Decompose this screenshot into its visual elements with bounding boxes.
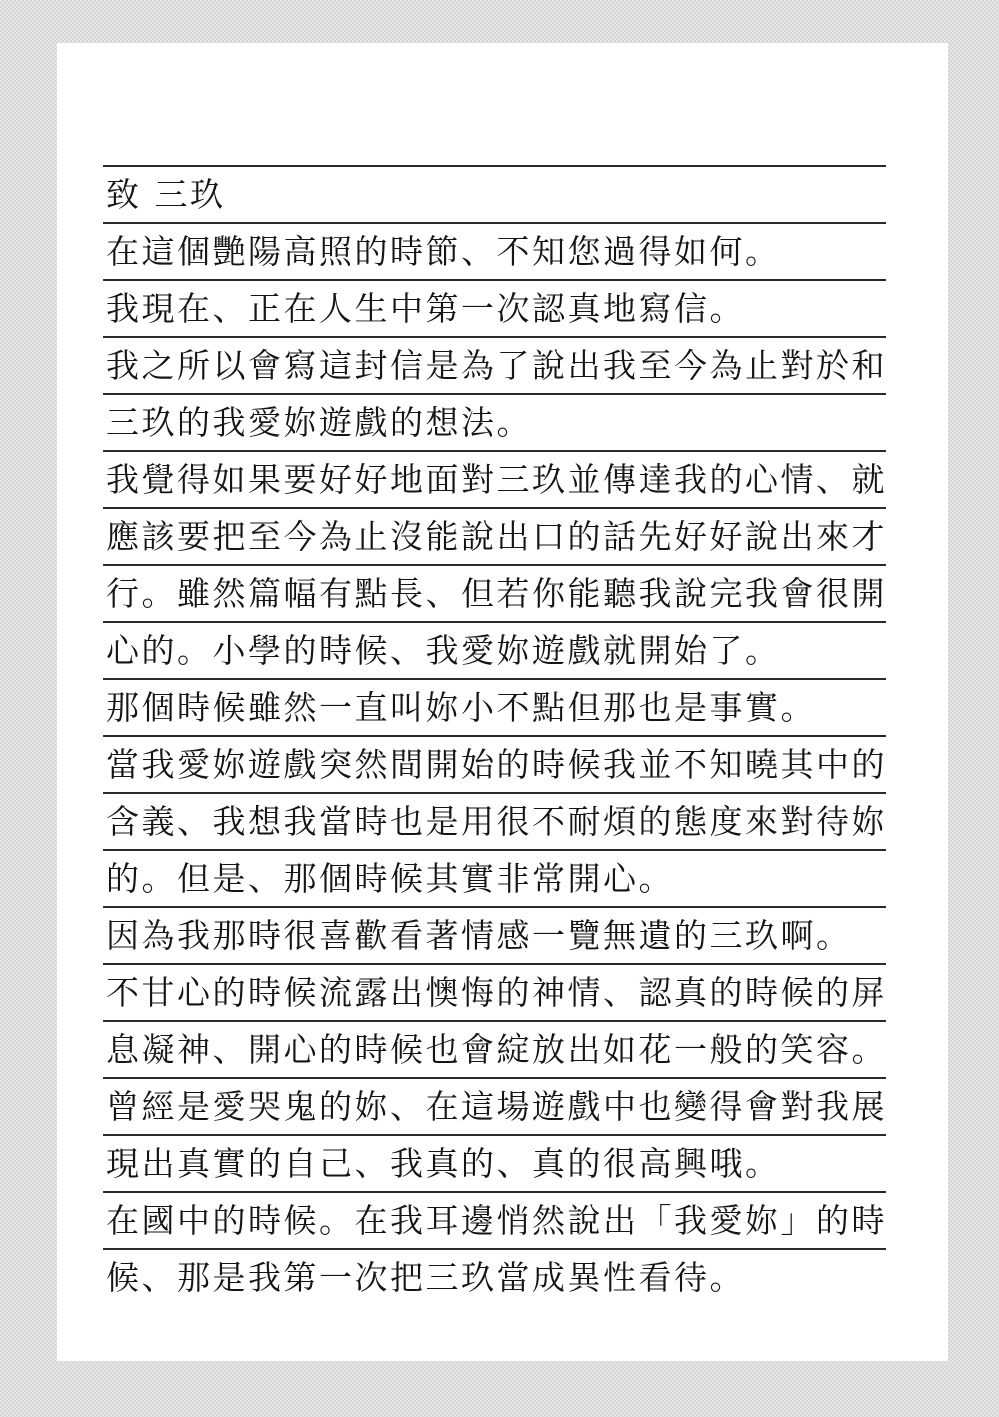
letter-line-text: 曾經是愛哭鬼的妳、在這場遊戲中也變得會對我展 (103, 1079, 886, 1134)
ruled-lines-area: 致 三玖 在這個艷陽高照的時節、不知您過得如何。 我現在、正在人生中第一次認真地… (103, 165, 886, 1305)
letter-line-row: 在這個艷陽高照的時節、不知您過得如何。 (103, 222, 886, 279)
letter-line-text: 在國中的時候。在我耳邊悄然說出「我愛妳」的時 (103, 1193, 886, 1248)
letter-line-row: 我現在、正在人生中第一次認真地寫信。 (103, 279, 886, 336)
letter-line-text: 應該要把至今為止沒能說出口的話先好好說出來才 (103, 509, 886, 564)
letter-line-text: 我之所以會寫這封信是為了說出我至今為止對於和 (103, 338, 886, 393)
letter-line-row: 現出真實的自己、我真的、真的很高興哦。 (103, 1134, 886, 1191)
letter-line-row: 致 三玖 (103, 165, 886, 222)
letter-line-row: 候、那是我第一次把三玖當成異性看待。 (103, 1248, 886, 1305)
letter-line-row: 我之所以會寫這封信是為了說出我至今為止對於和 (103, 336, 886, 393)
letter-line-row: 的。但是、那個時候其實非常開心。 (103, 849, 886, 906)
letter-line-text: 那個時候雖然一直叫妳小不點但那也是事實。 (103, 680, 886, 735)
letter-line-text: 不甘心的時候流露出懊悔的神情、認真的時候的屏 (103, 965, 886, 1020)
letter-line-text: 現出真實的自己、我真的、真的很高興哦。 (103, 1136, 886, 1191)
letter-line-row: 含義、我想我當時也是用很不耐煩的態度來對待妳 (103, 792, 886, 849)
letter-line-text: 心的。小學的時候、我愛妳遊戲就開始了。 (103, 623, 886, 678)
letter-line-text: 行。雖然篇幅有點長、但若你能聽我說完我會很開 (103, 566, 886, 621)
letter-line-text: 我現在、正在人生中第一次認真地寫信。 (103, 281, 886, 336)
letter-line-row: 當我愛妳遊戲突然間開始的時候我並不知曉其中的 (103, 735, 886, 792)
letter-line-text: 我覺得如果要好好地面對三玖並傳達我的心情、就 (103, 452, 886, 507)
letter-line-row: 我覺得如果要好好地面對三玖並傳達我的心情、就 (103, 450, 886, 507)
letter-line-row: 息凝神、開心的時候也會綻放出如花一般的笑容。 (103, 1020, 886, 1077)
letter-line-text: 候、那是我第一次把三玖當成異性看待。 (103, 1250, 886, 1305)
letter-line-row: 因為我那時很喜歡看著情感一覽無遺的三玖啊。 (103, 906, 886, 963)
page-background: 致 三玖 在這個艷陽高照的時節、不知您過得如何。 我現在、正在人生中第一次認真地… (0, 0, 999, 1417)
letter-line-row: 不甘心的時候流露出懊悔的神情、認真的時候的屏 (103, 963, 886, 1020)
letter-salutation: 致 三玖 (103, 167, 886, 222)
letter-line-row: 應該要把至今為止沒能說出口的話先好好說出來才 (103, 507, 886, 564)
letter-line-row: 行。雖然篇幅有點長、但若你能聽我說完我會很開 (103, 564, 886, 621)
letter-line-row: 那個時候雖然一直叫妳小不點但那也是事實。 (103, 678, 886, 735)
letter-line-text: 三玖的我愛妳遊戲的想法。 (103, 395, 886, 450)
letter-line-text: 在這個艷陽高照的時節、不知您過得如何。 (103, 224, 886, 279)
letter-line-text: 息凝神、開心的時候也會綻放出如花一般的笑容。 (103, 1022, 886, 1077)
letter-line-text: 因為我那時很喜歡看著情感一覽無遺的三玖啊。 (103, 908, 886, 963)
letter-line-row: 三玖的我愛妳遊戲的想法。 (103, 393, 886, 450)
letter-line-text: 含義、我想我當時也是用很不耐煩的態度來對待妳 (103, 794, 886, 849)
letter-line-text: 的。但是、那個時候其實非常開心。 (103, 851, 886, 906)
letter-line-row: 心的。小學的時候、我愛妳遊戲就開始了。 (103, 621, 886, 678)
letter-line-row: 曾經是愛哭鬼的妳、在這場遊戲中也變得會對我展 (103, 1077, 886, 1134)
letter-paper: 致 三玖 在這個艷陽高照的時節、不知您過得如何。 我現在、正在人生中第一次認真地… (57, 43, 948, 1361)
letter-line-row: 在國中的時候。在我耳邊悄然說出「我愛妳」的時 (103, 1191, 886, 1248)
letter-line-text: 當我愛妳遊戲突然間開始的時候我並不知曉其中的 (103, 737, 886, 792)
